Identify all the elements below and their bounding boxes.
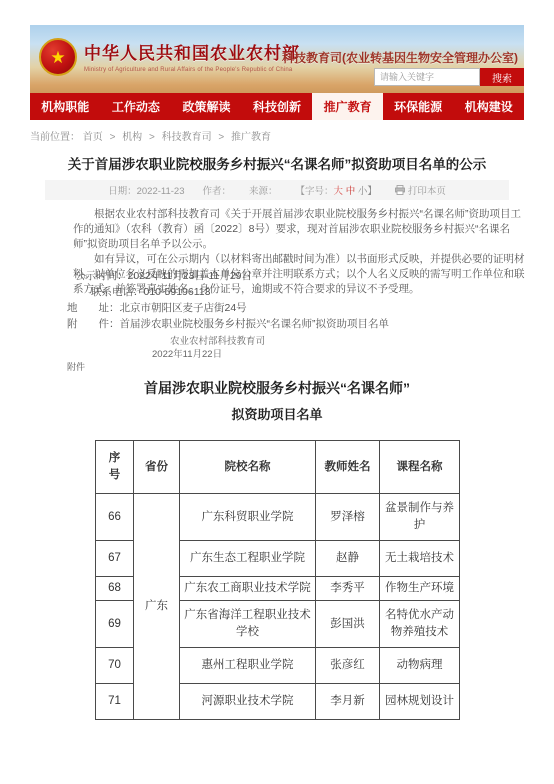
font-size-large-button[interactable]: 大: [334, 186, 344, 197]
font-size-small-button[interactable]: 小】: [358, 186, 377, 197]
meta-source: 来源：: [249, 183, 278, 197]
signature-department: 农业农村部科技教育司: [170, 333, 265, 347]
nav-item-tuiguangjiaoyu-active[interactable]: 推广教育: [312, 93, 383, 120]
cell-school: 广东农工商职业技术学院: [180, 577, 316, 601]
search-button[interactable]: 搜索: [480, 68, 524, 86]
meta-date: 日期：2022-11-23: [108, 183, 184, 197]
cell-no: 66: [96, 494, 134, 541]
cell-no: 71: [96, 684, 134, 720]
address-line: 地 址：北京市朝阳区麦子店街24号: [67, 300, 527, 316]
table-header-row: 序号 省份 院校名称 教师姓名 课程名称: [96, 441, 460, 494]
table-row: 66 广东 广东科贸职业学院 罗泽榕 盆景制作与养护: [96, 494, 460, 541]
main-nav: 机构职能 工作动态 政策解读 科技创新 推广教育 环保能源 机构建设: [30, 93, 524, 120]
department-title: 科技教育司(农业转基因生物安全管理办公室): [282, 49, 518, 66]
meta-author: 作者：: [203, 183, 232, 197]
cell-school: 河源职业技术学院: [180, 684, 316, 720]
cell-school: 广东省海洋工程职业技术学校: [180, 601, 316, 648]
cell-teacher: 彭国洪: [316, 601, 380, 648]
cell-no: 68: [96, 577, 134, 601]
breadcrumb-separator: >: [110, 132, 116, 143]
cell-teacher: 李秀平: [316, 577, 380, 601]
ministry-branding: 中华人民共和国农业农村部 Ministry of Agriculture and…: [84, 39, 300, 73]
ministry-subtitle: Ministry of Agriculture and Rural Affair…: [84, 67, 300, 73]
cell-teacher: 李月新: [316, 684, 380, 720]
header-province: 省份: [134, 441, 180, 494]
cell-province: 广东: [134, 494, 180, 720]
breadcrumb-separator: >: [149, 132, 155, 143]
header-banner: ★ 中华人民共和国农业农村部 Ministry of Agriculture a…: [30, 25, 524, 93]
paragraph-1: 根据农业农村部科技教育司《关于开展首届涉农职业院校服务乡村振兴“名课名师”资助项…: [73, 207, 527, 252]
article-info-lines: 公示时间：2022年11月23日-11月29日 联系电话：010-5919611…: [73, 268, 527, 332]
breadcrumb-kejijiaoyusi[interactable]: 科技教育司: [162, 132, 212, 143]
contact-phone-line: 联系电话：010-59196113: [73, 284, 527, 300]
nav-item-zhengcejiedu[interactable]: 政策解读: [171, 93, 242, 120]
emblem-star: ★: [50, 49, 65, 66]
page: ★ 中华人民共和国农业农村部 Ministry of Agriculture a…: [0, 0, 554, 784]
cell-course: 园林规划设计: [380, 684, 460, 720]
breadcrumb-prefix: 当前位置：: [30, 132, 80, 143]
attachment-line: 附 件：首届涉农职业院校服务乡村振兴“名课名师”拟资助项目名单: [67, 316, 527, 332]
font-size-label: 【字号：: [296, 186, 334, 197]
ministry-title: 中华人民共和国农业农村部: [84, 39, 300, 64]
header-teacher: 教师姓名: [316, 441, 380, 494]
cell-course: 名特优水产动物养殖技术: [380, 601, 460, 648]
breadcrumb-separator: >: [218, 132, 224, 143]
cell-course: 作物生产环境: [380, 577, 460, 601]
nav-item-kejichuangxin[interactable]: 科技创新: [242, 93, 313, 120]
cell-teacher: 罗泽榕: [316, 494, 380, 541]
cell-teacher: 赵静: [316, 541, 380, 577]
header-school: 院校名称: [180, 441, 316, 494]
header-no: 序号: [96, 441, 134, 494]
cell-teacher: 张彦红: [316, 648, 380, 684]
cell-school: 广东科贸职业学院: [180, 494, 316, 541]
attachment-label: 附件: [67, 360, 85, 373]
nav-item-jigoujianshe[interactable]: 机构建设: [453, 93, 524, 120]
print-label: 打印本页: [408, 183, 446, 197]
header-course: 课程名称: [380, 441, 460, 494]
cell-no: 70: [96, 648, 134, 684]
search-bar: 搜索: [374, 68, 524, 86]
national-emblem-icon: ★: [39, 38, 77, 76]
cell-school: 广东生态工程职业学院: [180, 541, 316, 577]
signature-date: 2022年11月22日: [152, 346, 222, 360]
article-meta-bar: 日期：2022-11-23 作者： 来源： 【字号：大 中 小】 打印本页: [45, 180, 509, 200]
breadcrumb-tuiguangjiaoyu[interactable]: 推广教育: [231, 132, 271, 143]
cell-school: 惠州工程职业学院: [180, 648, 316, 684]
nav-item-gongzuodongtai[interactable]: 工作动态: [101, 93, 172, 120]
font-size-controls: 【字号：大 中 小】: [296, 183, 377, 197]
attachment-title-line2: 拟资助项目名单: [0, 404, 554, 423]
cell-no: 67: [96, 541, 134, 577]
print-button[interactable]: 打印本页: [395, 183, 446, 197]
search-input[interactable]: [374, 68, 480, 86]
publicity-period-line: 公示时间：2022年11月23日-11月29日: [73, 268, 527, 284]
breadcrumb-jigou[interactable]: 机构: [122, 132, 142, 143]
cell-course: 无土栽培技术: [380, 541, 460, 577]
nav-item-huanbaonengyuan[interactable]: 环保能源: [383, 93, 454, 120]
project-table: 序号 省份 院校名称 教师姓名 课程名称 66 广东 广东科贸职业学院 罗泽榕 …: [95, 440, 460, 720]
attachment-title-line1: 首届涉农职业院校服务乡村振兴“名课名师”: [0, 378, 554, 398]
cell-course: 动物病理: [380, 648, 460, 684]
font-size-medium-button[interactable]: 中: [346, 186, 356, 197]
breadcrumb-home[interactable]: 首页: [83, 132, 103, 143]
printer-icon: [395, 185, 405, 195]
breadcrumb: 当前位置： 首页 > 机构 > 科技教育司 > 推广教育: [30, 128, 271, 143]
article-title: 关于首届涉农职业院校服务乡村振兴“名课名师”拟资助项目名单的公示: [40, 153, 514, 173]
cell-no: 69: [96, 601, 134, 648]
nav-item-jigouzhineng[interactable]: 机构职能: [30, 93, 101, 120]
cell-course: 盆景制作与养护: [380, 494, 460, 541]
